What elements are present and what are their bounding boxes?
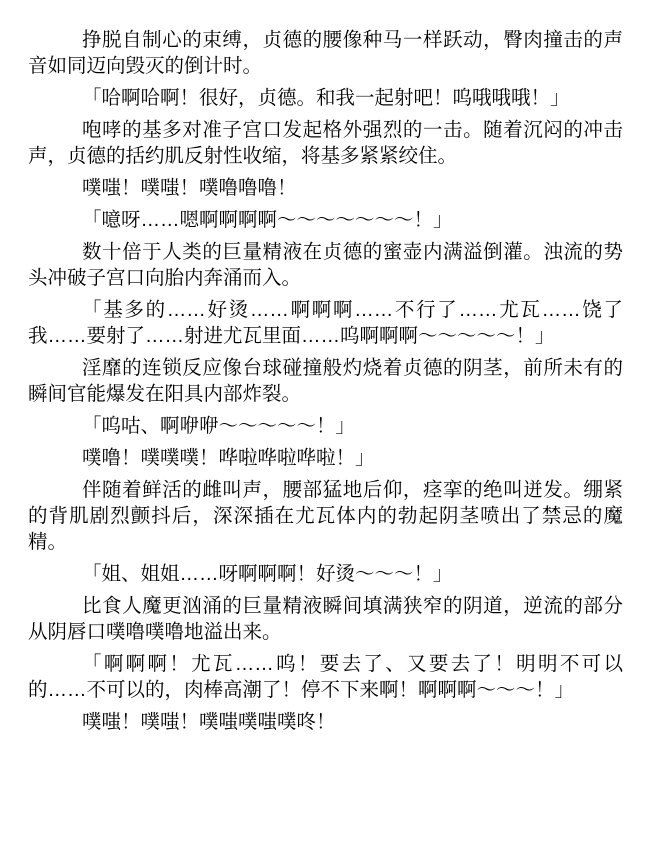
paragraph: 「哈啊哈啊！很好，贞德。和我一起射吧！呜哦哦哦！」 [28, 85, 623, 111]
paragraph: 「啊啊啊！尤瓦……呜！要去了、又要去了！明明不可以的……不可以的，肉棒高潮了！停… [28, 651, 623, 703]
paragraph: 数十倍于人类的巨量精液在贞德的蜜壶内满溢倒灌。浊流的势头冲破子宫口向胎内奔涌而入… [28, 239, 623, 291]
paragraph: 噗嗤！噗嗤！噗嗤噗嗤噗咚！ [28, 709, 623, 735]
paragraph: 噗嗤！噗嗤！噗噜噜噜！ [28, 175, 623, 201]
paragraph: 咆哮的基多对准子宫口发起格外强烈的一击。随着沉闷的冲击声，贞德的括约肌反射性收缩… [28, 117, 623, 169]
paragraph: 比食人魔更汹涌的巨量精液瞬间填满狭窄的阴道，逆流的部分从阴唇口噗噜噗噜地溢出来。 [28, 593, 623, 645]
paragraph: 「基多的……好烫……啊啊啊……不行了……尤瓦……饶了我……要射了……射进尤瓦里面… [28, 297, 623, 349]
paragraph: 伴随着鲜活的雌叫声，腰部猛地后仰，痉挛的绝叫迸发。绷紧的背肌剧烈颤抖后，深深插在… [28, 477, 623, 555]
paragraph: 挣脱自制心的束缚，贞德的腰像种马一样跃动，臀肉撞击的声音如同迈向毁灭的倒计时。 [28, 27, 623, 79]
paragraph: 「姐、姐姐……呀啊啊啊！好烫～～～！」 [28, 561, 623, 587]
paragraph: 噗噜！噗噗噗！哗啦哗啦哗啦！」 [28, 445, 623, 471]
paragraph: 淫靡的连锁反应像台球碰撞般灼烧着贞德的阴茎，前所未有的瞬间官能爆发在阳具内部炸裂… [28, 355, 623, 407]
paragraph: 「呜咕、啊咿咿～～～～～！」 [28, 413, 623, 439]
paragraph: 「噫呀……嗯啊啊啊啊～～～～～～～！」 [28, 207, 623, 233]
reader-page: 挣脱自制心的束缚，贞德的腰像种马一样跃动，臀肉撞击的声音如同迈向毁灭的倒计时。 … [0, 0, 650, 850]
